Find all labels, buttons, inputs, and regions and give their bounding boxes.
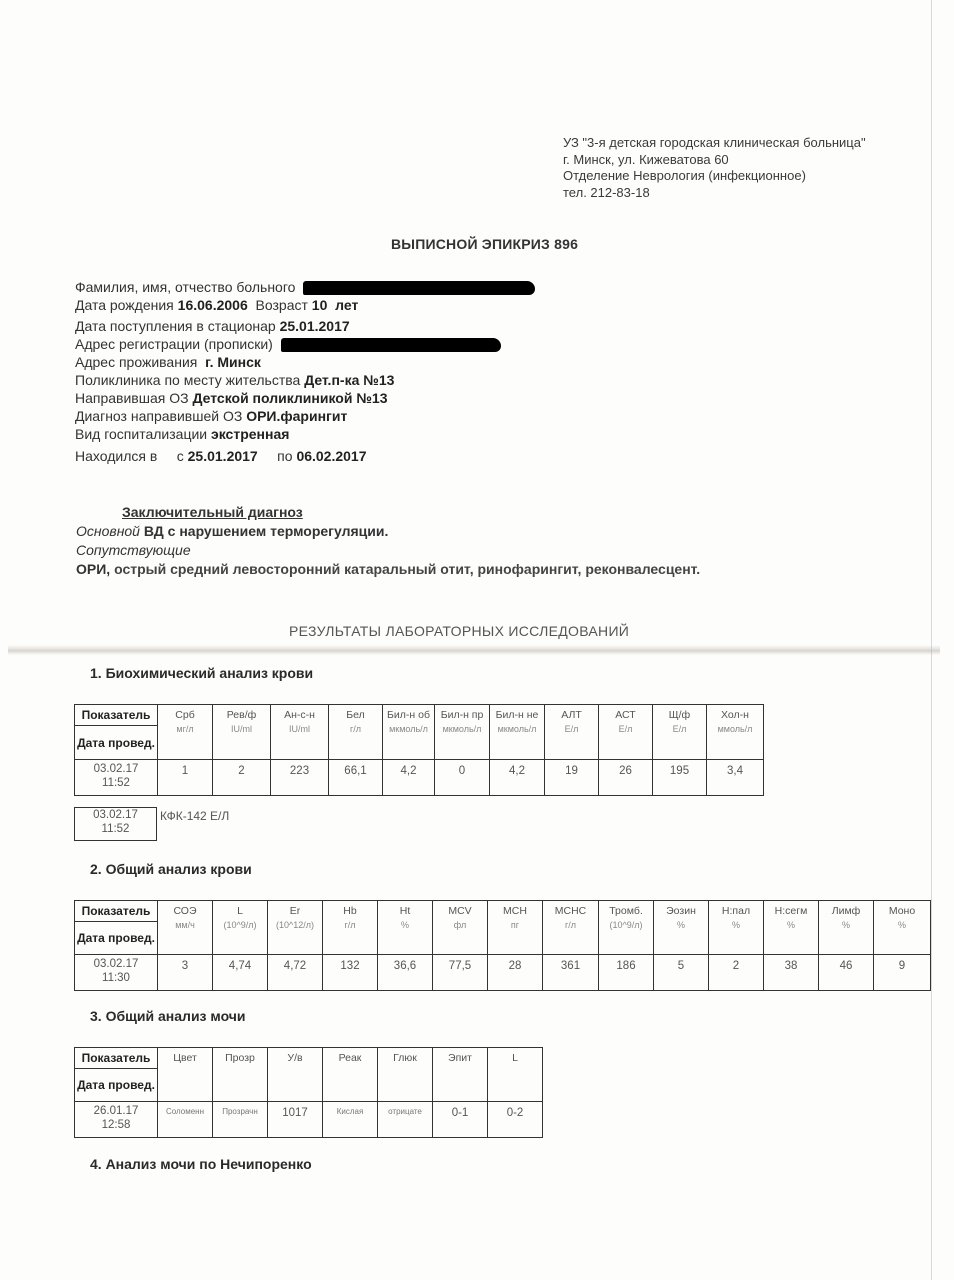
comorbid-label-row: Сопутствующие <box>76 541 700 560</box>
column-header: АЛТЕ/л <box>545 705 599 760</box>
comorbid-bold: ОРИ, <box>76 561 110 577</box>
column-name: Эпит <box>448 1052 472 1064</box>
biochem-table: ПоказательСрбмг/лРев/фIU/mlАн-с-нIU/mlБе… <box>74 704 764 796</box>
value-cell: 77,5 <box>433 955 488 991</box>
value-cell: 0-1 <box>433 1102 488 1138</box>
column-unit: фл <box>433 920 487 930</box>
column-unit: % <box>764 920 818 930</box>
referred-label: Направившая ОЗ <box>75 390 189 406</box>
section-title-nechiporenko: 4. Анализ мочи по Нечипоренко <box>90 1156 312 1172</box>
comorbid-label: Сопутствующие <box>76 542 191 558</box>
column-unit: % <box>819 920 873 930</box>
value-cell: отрицате <box>378 1102 433 1138</box>
column-name: Срб <box>175 709 194 721</box>
to-label: по <box>277 448 292 464</box>
row-label-cell: Показатель <box>75 1048 158 1069</box>
org-address: г. Минск, ул. Кижеватова 60 <box>563 152 866 169</box>
admission-label: Дата поступления в стационар <box>75 318 276 334</box>
column-name: Н:сегм <box>775 905 808 917</box>
column-name: Щ/ф <box>669 709 690 721</box>
column-name: У/в <box>287 1052 302 1064</box>
column-header: MCVфл <box>433 901 488 955</box>
column-header: Лимф% <box>819 901 874 955</box>
column-name: Глюк <box>393 1052 417 1064</box>
column-unit: мкмоль/л <box>383 724 434 734</box>
column-unit: % <box>874 920 930 930</box>
column-header: MCHCг/л <box>543 901 599 955</box>
column-unit: (10^9/л) <box>213 920 267 930</box>
clinic-label: Поликлиника по месту жительства <box>75 372 300 388</box>
column-header: Ан-с-нIU/ml <box>271 705 329 760</box>
hosp-type-value: экстренная <box>211 426 289 442</box>
column-name: Цвет <box>173 1052 197 1064</box>
column-header: Бил-н обмкмоль/л <box>383 705 435 760</box>
org-department: Отделение Неврология (инфекционное) <box>563 168 866 185</box>
column-header: Цвет <box>158 1048 213 1102</box>
column-name: L <box>512 1052 518 1064</box>
column-header: L <box>488 1048 543 1102</box>
column-header: Бил-н немкмоль/л <box>490 705 545 760</box>
stay-label: Находился в <box>75 448 157 464</box>
page-edge <box>931 0 932 1280</box>
ref-diag-value: ОРИ.фарингит <box>246 408 347 424</box>
column-unit: Е/л <box>653 724 706 734</box>
date-cell: 26.01.1712:58 <box>75 1102 158 1138</box>
column-name: Бил-н об <box>387 709 430 721</box>
referred-value: Детской поликлиникой №13 <box>192 390 387 406</box>
value-cell: 1 <box>158 760 213 796</box>
column-name: Бел <box>346 709 365 721</box>
value-cell: 0-2 <box>488 1102 543 1138</box>
date-label-cell: Дата провед. <box>75 1069 158 1102</box>
column-header: Эпит <box>433 1048 488 1102</box>
main-label: Основной <box>76 523 140 539</box>
column-name: Ан-с-н <box>284 709 315 721</box>
value-cell: 5 <box>654 955 709 991</box>
value-cell: 4,72 <box>268 955 323 991</box>
column-unit: г/л <box>329 724 382 734</box>
value-cell: 4,74 <box>213 955 268 991</box>
column-header: Er(10^12/л) <box>268 901 323 955</box>
column-header: Србмг/л <box>158 705 213 760</box>
column-name: АСТ <box>615 709 635 721</box>
column-unit: мкмоль/л <box>435 724 489 734</box>
column-name: MCHC <box>555 905 587 917</box>
value-cell: 223 <box>271 760 329 796</box>
column-unit: г/л <box>543 920 598 930</box>
dob-row: Дата рождения 16.06.2006 Возраст 10 лет <box>75 296 535 314</box>
patient-name-row: Фамилия, имя, отчество больного <box>75 278 535 296</box>
column-header: Хол-нммоль/л <box>707 705 764 760</box>
column-unit: пг <box>488 920 542 930</box>
dob-label: Дата рождения <box>75 297 174 313</box>
res-address-value: г. Минск <box>205 354 261 370</box>
column-header: Реак <box>323 1048 378 1102</box>
column-unit: Е/л <box>545 724 598 734</box>
column-header: Н:сегм% <box>764 901 819 955</box>
final-diagnosis: Заключительный диагноз Основной ВД с нар… <box>76 502 700 579</box>
value-cell: 132 <box>323 955 378 991</box>
hosp-type-row: Вид госпитализации экстренная <box>75 425 535 443</box>
column-unit: IU/ml <box>213 724 270 734</box>
ref-diag-row: Диагноз направившей ОЗ ОРИ.фарингит <box>75 407 535 425</box>
res-address-label: Адрес проживания <box>75 354 197 370</box>
value-cell: 0 <box>435 760 490 796</box>
column-name: Хол-н <box>721 709 749 721</box>
column-unit: % <box>378 920 432 930</box>
org-phone: тел. 212-83-18 <box>563 185 866 202</box>
paper-fold <box>8 645 940 655</box>
kfk-date-box: 03.02.17 11:52 <box>74 807 157 841</box>
value-cell: 46 <box>819 955 874 991</box>
column-name: L <box>237 905 243 917</box>
lab-results-title: РЕЗУЛЬТАТЫ ЛАБОРАТОРНЫХ ИССЛЕДОВАНИЙ <box>289 623 629 639</box>
value-cell: 2 <box>213 760 271 796</box>
column-header: L(10^9/л) <box>213 901 268 955</box>
kfk-date: 03.02.17 <box>75 808 156 822</box>
value-cell: Кислая <box>323 1102 378 1138</box>
urine-table: ПоказательЦветПрозрУ/вРеакГлюкЭпитLДата … <box>74 1047 543 1138</box>
column-header: Рев/фIU/ml <box>213 705 271 760</box>
clinic-value: Дет.п-ка №13 <box>304 372 394 388</box>
table-row: 03.02.1711:521222366,14,204,219261953,4 <box>75 760 764 796</box>
res-address-row: Адрес проживания г. Минск <box>75 353 535 371</box>
value-cell: Соломенн <box>158 1102 213 1138</box>
hosp-type-label: Вид госпитализации <box>75 426 207 442</box>
value-cell: 4,2 <box>490 760 545 796</box>
column-header: Моно% <box>874 901 931 955</box>
column-unit: Е/л <box>599 724 652 734</box>
column-header: Глюк <box>378 1048 433 1102</box>
column-unit: (10^12/л) <box>268 920 322 930</box>
column-unit: IU/ml <box>271 724 328 734</box>
value-cell: 66,1 <box>329 760 383 796</box>
value-cell: 3 <box>158 955 213 991</box>
column-header: Тромб.(10^9/л) <box>599 901 654 955</box>
value-cell: 38 <box>764 955 819 991</box>
main-value: ВД с нарушением терморегуляции. <box>144 523 389 539</box>
column-name: MCH <box>503 905 527 917</box>
row-label-cell: Показатель <box>75 901 158 922</box>
column-name: АЛТ <box>561 709 582 721</box>
organization-header: УЗ "3-я детская городская клиническая бо… <box>563 135 866 201</box>
reg-address-label: Адрес регистрации (прописки) <box>75 336 273 352</box>
column-name: Ht <box>400 905 411 917</box>
column-name: Рев/ф <box>227 709 257 721</box>
value-cell: 2 <box>709 955 764 991</box>
value-cell: 3,4 <box>707 760 764 796</box>
from-value: 25.01.2017 <box>188 448 258 464</box>
value-cell: 9 <box>874 955 931 991</box>
kfk-result: КФК-142 Е/Л <box>160 809 229 823</box>
column-unit: ммоль/л <box>707 724 763 734</box>
column-header: Ht% <box>378 901 433 955</box>
value-cell: 361 <box>543 955 599 991</box>
column-header: У/в <box>268 1048 323 1102</box>
value-cell: Прозрачн <box>213 1102 268 1138</box>
column-unit: % <box>654 920 708 930</box>
column-header: Бил-н прмкмоль/л <box>435 705 490 760</box>
column-name: Тромб. <box>609 905 643 917</box>
redacted-address <box>281 338 501 352</box>
stay-row: Находился в с 25.01.2017 по 06.02.2017 <box>75 447 535 465</box>
clinic-row: Поликлиника по месту жительства Дет.п-ка… <box>75 371 535 389</box>
column-unit: % <box>709 920 763 930</box>
age-label: Возраст <box>256 297 308 313</box>
table-row: 26.01.1712:58СоломеннПрозрачн1017Кислаяо… <box>75 1102 543 1138</box>
kfk-time: 11:52 <box>75 822 156 836</box>
column-unit: (10^9/л) <box>599 920 653 930</box>
column-name: Бил-н пр <box>441 709 484 721</box>
column-name: СОЭ <box>173 905 196 917</box>
column-name: Эозин <box>666 905 696 917</box>
date-cell: 03.02.1711:30 <box>75 955 158 991</box>
section-title-biochem: 1. Биохимический анализ крови <box>90 665 313 681</box>
comorbid-diagnosis: ОРИ, острый средний левосторонний катара… <box>76 560 700 579</box>
column-header: Прозр <box>213 1048 268 1102</box>
header-row: ПоказательЦветПрозрУ/вРеакГлюкЭпитL <box>75 1048 543 1069</box>
main-diagnosis: Основной ВД с нарушением терморегуляции. <box>76 522 700 541</box>
value-cell: 26 <box>599 760 653 796</box>
value-cell: 36,6 <box>378 955 433 991</box>
section-title-cbc: 2. Общий анализ крови <box>90 861 252 877</box>
reg-address-row: Адрес регистрации (прописки) <box>75 335 535 353</box>
header-row: ПоказательСрбмг/лРев/фIU/mlАн-с-нIU/mlБе… <box>75 705 764 726</box>
column-unit: мг/л <box>158 724 212 734</box>
age-unit: лет <box>335 297 358 313</box>
column-name: Лимф <box>832 905 861 917</box>
document-title: ВЫПИСНОЙ ЭПИКРИЗ 896 <box>391 236 578 252</box>
column-name: Er <box>290 905 301 917</box>
admission-row: Дата поступления в стационар 25.01.2017 <box>75 317 535 335</box>
column-name: Прозр <box>225 1052 255 1064</box>
column-header: MCHпг <box>488 901 543 955</box>
column-header: Щ/фЕ/л <box>653 705 707 760</box>
column-name: Н:пал <box>722 905 750 917</box>
patient-info: Фамилия, имя, отчество больного Дата рож… <box>75 278 535 465</box>
column-name: Бил-н не <box>496 709 539 721</box>
name-label: Фамилия, имя, отчество больного <box>75 279 295 295</box>
column-name: Hb <box>343 905 356 917</box>
header-row: ПоказательСОЭмм/чL(10^9/л)Er(10^12/л)Hbг… <box>75 901 931 922</box>
section-title-urine: 3. Общий анализ мочи <box>90 1008 246 1024</box>
column-name: MCV <box>448 905 471 917</box>
value-cell: 1017 <box>268 1102 323 1138</box>
column-unit: мм/ч <box>158 920 212 930</box>
redacted-name <box>303 281 535 295</box>
date-label-cell: Дата провед. <box>75 726 158 760</box>
value-cell: 4,2 <box>383 760 435 796</box>
column-header: Hbг/л <box>323 901 378 955</box>
column-header: Эозин% <box>654 901 709 955</box>
referred-row: Направившая ОЗ Детской поликлиникой №13 <box>75 389 535 407</box>
column-header: Белг/л <box>329 705 383 760</box>
org-name: УЗ "3-я детская городская клиническая бо… <box>563 135 866 152</box>
age-value: 10 <box>312 297 328 313</box>
table-row: 03.02.1711:3034,744,7213236,677,52836118… <box>75 955 931 991</box>
value-cell: 195 <box>653 760 707 796</box>
column-header: СОЭмм/ч <box>158 901 213 955</box>
row-label-cell: Показатель <box>75 705 158 726</box>
value-cell: 186 <box>599 955 654 991</box>
cbc-table: ПоказательСОЭмм/чL(10^9/л)Er(10^12/л)Hbг… <box>74 900 931 991</box>
from-label: с <box>177 448 184 464</box>
admission-value: 25.01.2017 <box>280 318 350 334</box>
column-header: АСТЕ/л <box>599 705 653 760</box>
column-name: Моно <box>889 905 915 917</box>
to-value: 06.02.2017 <box>296 448 366 464</box>
column-name: Реак <box>339 1052 362 1064</box>
date-cell: 03.02.1711:52 <box>75 760 158 796</box>
date-label-cell: Дата провед. <box>75 922 158 955</box>
diagnosis-heading: Заключительный диагноз <box>122 502 700 522</box>
ref-diag-label: Диагноз направившей ОЗ <box>75 408 242 424</box>
column-unit: г/л <box>323 920 377 930</box>
dob-value: 16.06.2006 <box>178 297 248 313</box>
value-cell: 28 <box>488 955 543 991</box>
column-unit: мкмоль/л <box>490 724 544 734</box>
comorbid-value: острый средний левосторонний катаральный… <box>114 561 700 577</box>
value-cell: 19 <box>545 760 599 796</box>
column-header: Н:пал% <box>709 901 764 955</box>
